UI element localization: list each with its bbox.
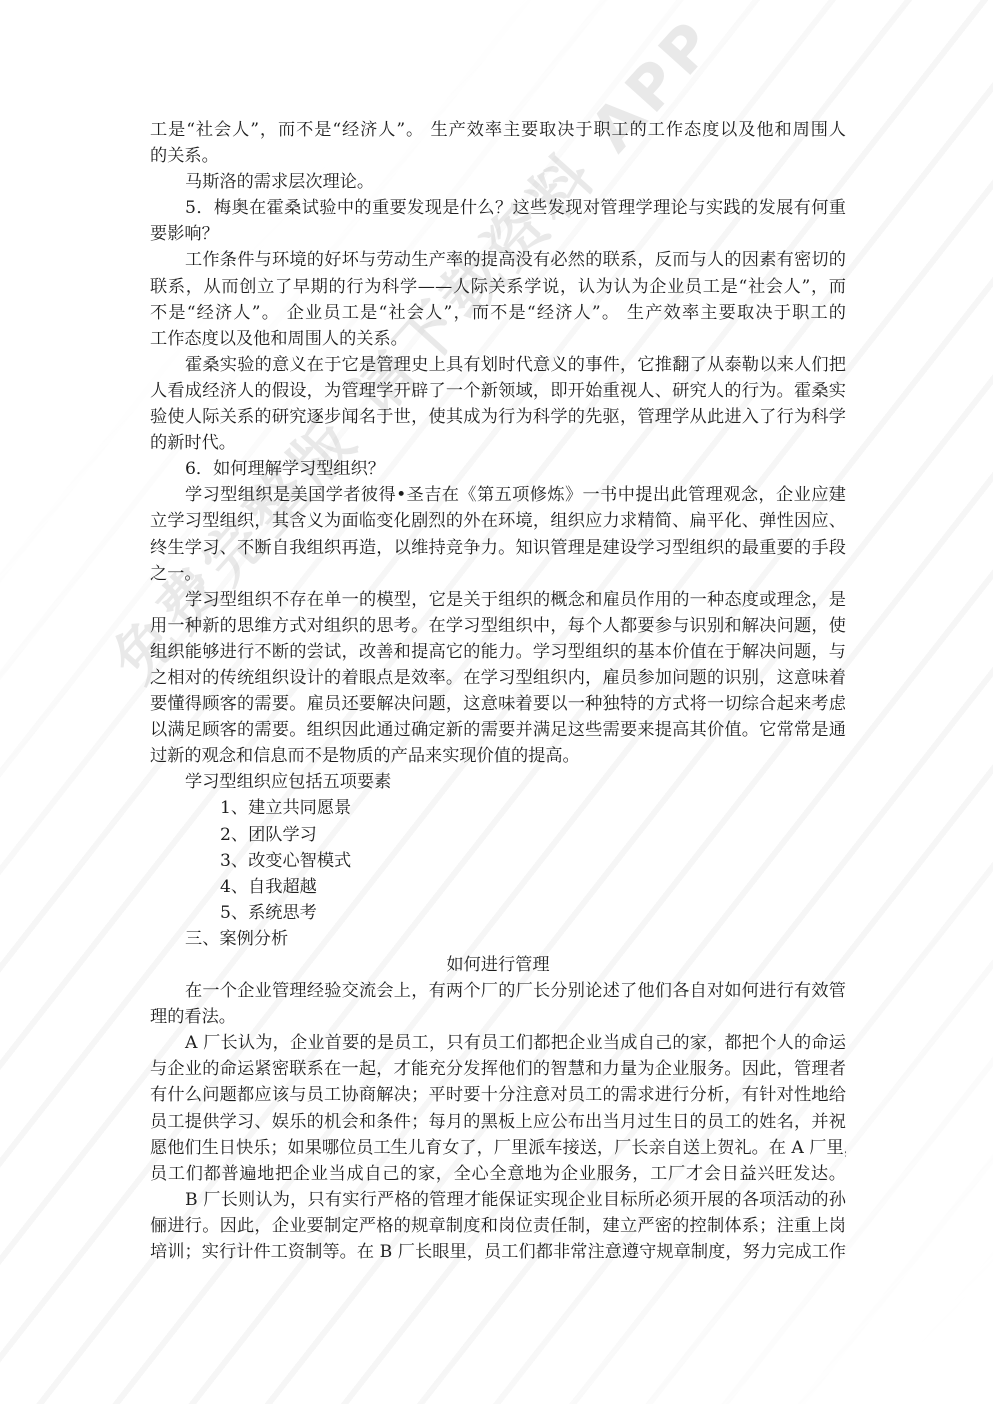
text-line: 的关系。 (150, 143, 846, 169)
text-line: A 厂长认为，企业首要的是员工，只有员工们都把企业当成自己的家，都把个人的命运 (150, 1030, 846, 1056)
text-line: 过新的观念和信息而不是物质的产品来实现价值的提高。 (150, 743, 846, 769)
question-heading: 6．如何理解学习型组织？ (150, 456, 846, 482)
text-line: 员工们都普遍地把企业当成自己的家，全心全意地为企业服务，工厂才会日益兴旺发达。 (150, 1161, 846, 1187)
text-line: 以满足顾客的需要。组织因此通过确定新的需要并满足这些需要来提高其价值。它常常是通 (150, 717, 846, 743)
text-line: 要懂得顾客的需要。雇员还要解决问题，这意味着要以一种独特的方式将一切综合起来考虑 (150, 691, 846, 717)
text-line: 终生学习、不断自我组织再造，以维持竞争力。知识管理是建设学习型组织的最重要的手段 (150, 535, 846, 561)
text-line: 在一个企业管理经验交流会上，有两个厂的厂长分别论述了他们各自对如何进行有效管 (150, 978, 846, 1004)
text-line: 的新时代。 (150, 430, 846, 456)
text-line: 不是“经济人”。 企业员工是“社会人”，而不是“经济人”。 生产效率主要取决于职… (150, 300, 846, 326)
text-line: 马斯洛的需求层次理论。 (150, 169, 846, 195)
text-line: 之一。 (150, 561, 846, 587)
text-line: 工作条件与环境的好坏与劳动生产率的提高没有必然的联系，反而与人的因素有密切的 (150, 247, 846, 273)
text-line: 工作态度以及他和周围人的关系。 (150, 326, 846, 352)
list-item: 3、改变心智模式 (150, 848, 846, 874)
case-title: 如何进行管理 (150, 952, 846, 978)
document-page: 工是“社会人”，而不是“经济人”。 生产效率主要取决于职工的工作态度以及他和周围… (150, 117, 846, 1265)
text-line: B 厂长则认为，只有实行严格的管理才能保证实现企业目标所必须开展的各项活动的孙 (150, 1187, 846, 1213)
text-line: 员工提供学习、娱乐的机会和条件；每月的黑板上应公布出当月过生日的员工的姓名，并祝 (150, 1109, 846, 1135)
text-line: 理的看法。 (150, 1004, 846, 1030)
text-line: 学习型组织应包括五项要素 (150, 769, 846, 795)
text-line: 组织能够进行不断的尝试，改善和提高它的能力。学习型组织的基本价值在于解决问题，与 (150, 639, 846, 665)
text-line: 之相对的传统组织设计的着眼点是效率。在学习型组织内，雇员参加问题的识别，这意味着 (150, 665, 846, 691)
text-line: 俪进行。因此，企业要制定严格的规章制度和岗位责任制，建立严密的控制体系；注重上岗 (150, 1213, 846, 1239)
text-line: 立学习型组织，其含义为面临变化剧烈的外在环境，组织应力求精简、扁平化、弹性因应、 (150, 508, 846, 534)
text-line: 用一种新的思维方式对组织的思考。在学习型组织中，每个人都要参与识别和解决问题，使 (150, 613, 846, 639)
question-heading: 要影响？ (150, 221, 846, 247)
section-heading: 三、案例分析 (150, 926, 846, 952)
list-item: 1、建立共同愿景 (150, 795, 846, 821)
text-line: 愿他们生日快乐；如果哪位员工生儿育女了，厂里派车接送，厂长亲自送上贺礼。在 A … (150, 1135, 846, 1161)
text-line: 霍桑实验的意义在于它是管理史上具有划时代意义的事件，它推翻了从泰勒以来人们把 (150, 352, 846, 378)
text-line: 学习型组织是美国学者彼得•圣吉在《第五项修炼》一书中提出此管理观念，企业应建 (150, 482, 846, 508)
text-line: 人看成经济人的假设，为管理学开辟了一个新领域，即开始重视人、研究人的行为。霍桑实 (150, 378, 846, 404)
text-line: 有什么问题都应该与员工协商解决；平时要十分注意对员工的需求进行分析，有针对性地给 (150, 1082, 846, 1108)
list-item: 2、团队学习 (150, 822, 846, 848)
text-line: 学习型组织不存在单一的模型，它是关于组织的概念和雇员作用的一种态度或理念，是 (150, 587, 846, 613)
list-item: 4、自我超越 (150, 874, 846, 900)
text-line: 与企业的命运紧密联系在一起，才能充分发挥他们的智慧和力量为企业服务。因此，管理者 (150, 1056, 846, 1082)
text-line: 验使人际关系的研究逐步闻名于世，使其成为行为科学的先驱，管理学从此进入了行为科学 (150, 404, 846, 430)
question-heading: 5．梅奥在霍桑试验中的重要发现是什么？这些发现对管理学理论与实践的发展有何重 (150, 195, 846, 221)
text-line: 联系，从而创立了早期的行为科学——人际关系学说，认为认为企业员工是“社会人”，而 (150, 274, 846, 300)
list-item: 5、系统思考 (150, 900, 846, 926)
text-line: 培训；实行计件工资制等。在 B 厂长眼里，员工们都非常注意遵守规章制度，努力完成… (150, 1239, 846, 1265)
text-line: 工是“社会人”，而不是“经济人”。 生产效率主要取决于职工的工作态度以及他和周围… (150, 117, 846, 143)
